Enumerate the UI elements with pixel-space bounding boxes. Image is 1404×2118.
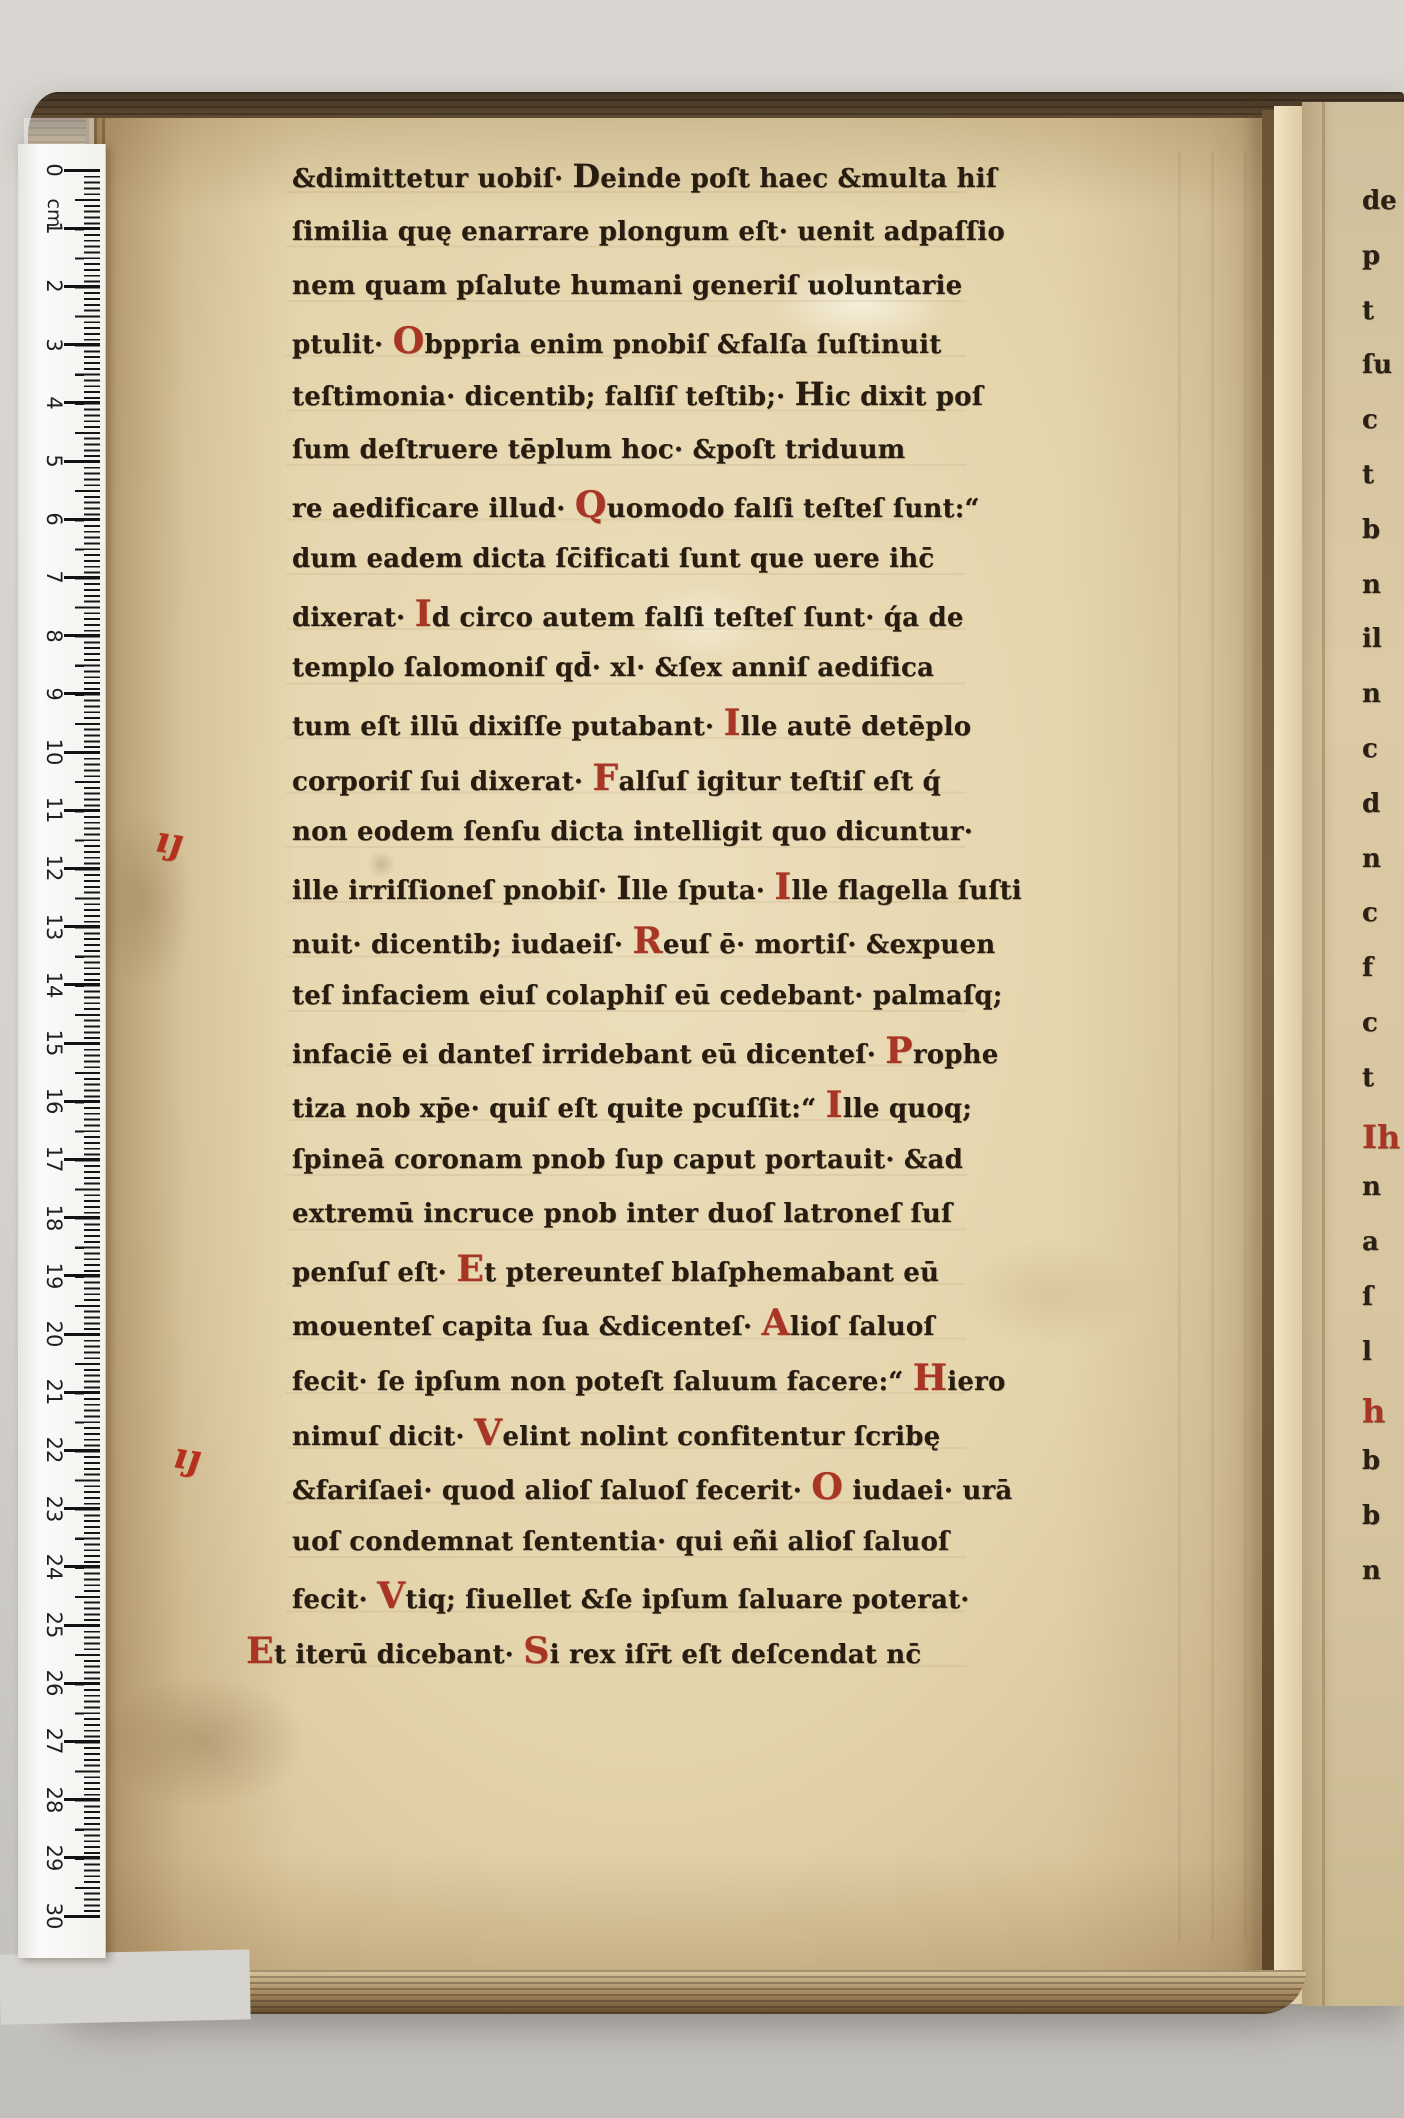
- manuscript-line: templo ſalomoniſ qd̄· xl· &ſex anniſ aed…: [292, 641, 982, 696]
- facing-page-line: n: [1362, 570, 1381, 600]
- manuscript-line: re aedificare illud· Quomodo falſi teſte…: [292, 478, 982, 533]
- ruler-tick-cm: [64, 1042, 100, 1045]
- ruler-number: 8: [43, 614, 65, 658]
- rubric-initial: S: [523, 1629, 549, 1672]
- facing-page-line: de: [1362, 186, 1397, 216]
- ruler-tick-cm: [64, 983, 100, 986]
- ruler-number: 24: [43, 1545, 65, 1589]
- manuscript-line: uoſ condemnat ſententia· qui eñi alioſ ſ…: [292, 1515, 982, 1570]
- manuscript-text: t iterū dicebant·: [274, 1640, 523, 1670]
- facing-page-line: p: [1362, 241, 1380, 271]
- manuscript-text: ptulit·: [292, 330, 393, 360]
- manuscript-text: dixerat·: [292, 603, 415, 633]
- ruler-number: 22: [43, 1428, 65, 1472]
- ruler-number: 9: [43, 672, 65, 716]
- manuscript-line: teſtimonia· dicentib; falſiſ teſtib;· Hi…: [292, 368, 982, 423]
- manuscript-line: nuit· dicentib; iudaeiſ· Reuſ ē· mortiſ·…: [292, 914, 982, 969]
- manuscript-text: infaciē ei danteſ irridebant eū dicenteſ…: [292, 1040, 885, 1070]
- facing-page-line: c: [1362, 898, 1378, 928]
- manuscript-line: tum eſt illū dixiſſe putabant· Ille autē…: [292, 696, 982, 751]
- facing-page-line: l: [1362, 1337, 1372, 1367]
- facing-page-line: c: [1362, 1008, 1378, 1038]
- rubric-initial: V: [474, 1411, 502, 1454]
- page-edge-line: [1262, 110, 1274, 2002]
- ruler-tick-cm: [64, 1915, 100, 1918]
- rubric-initial: P: [885, 1029, 913, 1072]
- manuscript-text: elint nolint confitentur ſcribę: [502, 1422, 940, 1452]
- manuscript-text: teſ infaciem eiuſ colaphiſ eū cedebant· …: [292, 981, 1003, 1011]
- ruler-number: 0: [43, 148, 65, 192]
- manuscript-line: dum eadem dicta ſc̄ificati ſunt que uere…: [292, 532, 982, 587]
- capital-letter: H: [795, 376, 825, 413]
- rubric-initial: V: [377, 1574, 405, 1617]
- facing-page-line: ſu: [1362, 350, 1392, 380]
- ruler-tick-cm: [64, 1100, 100, 1103]
- ruler-number: 18: [43, 1196, 65, 1240]
- manuscript-text: extremū incruce pnob inter duoſ latroneſ…: [292, 1199, 952, 1229]
- manuscript-line: nem quam pſalute humani generiſ uoluntar…: [292, 259, 982, 314]
- ruler-number: 10: [43, 730, 65, 774]
- ruler-holder: [24, 118, 94, 144]
- manuscript-text: fecit·: [292, 1585, 377, 1615]
- ruler-tick-cm: [64, 285, 100, 288]
- ruler-tick-cm: [64, 518, 100, 521]
- ruler-tick-cm: [64, 1740, 100, 1743]
- facing-page-line: c: [1362, 734, 1378, 764]
- manuscript-line: corporiſ ſui dixerat· Falſuſ igitur teſt…: [292, 751, 982, 806]
- manuscript-line: tiza nob xp̄e· quiſ eſt quite pcuſſit:“ …: [292, 1078, 982, 1133]
- ruler-number: 16: [43, 1079, 65, 1123]
- ruler-number: 11: [43, 788, 65, 832]
- ruler-number: 6: [43, 497, 65, 541]
- ruler-number: 7: [43, 555, 65, 599]
- ruler-number: 5: [43, 439, 65, 483]
- rubric-initial: F: [592, 756, 618, 799]
- facing-page-line: Ih: [1362, 1118, 1400, 1156]
- manuscript-text: rophe: [913, 1040, 999, 1070]
- facing-page-line: n: [1362, 1172, 1381, 1202]
- rubric-initial: A: [761, 1301, 789, 1344]
- ruler-number: 17: [43, 1137, 65, 1181]
- manuscript-text: tiq; ſiuellet &ſe ipſum ſaluare poterat·: [405, 1585, 969, 1615]
- ruler-number: 4: [43, 381, 65, 425]
- manuscript-line: non eodem ſenſu dicta intelligit quo dic…: [292, 805, 982, 860]
- manuscript-text: tiza nob xp̄e· quiſ eſt quite pcuſſit:“: [292, 1094, 825, 1124]
- facing-page-line: a: [1362, 1227, 1379, 1257]
- manuscript-text: ic dixit poſ: [825, 382, 983, 412]
- manuscript-text: templo ſalomoniſ qd̄· xl· &ſex anniſ aed…: [292, 653, 934, 683]
- ruler-tick-cm: [64, 1274, 100, 1277]
- manuscript-line: &fariſaei· quod alioſ ſaluoſ fecerit· O …: [292, 1460, 982, 1515]
- ruler-tick-cm: [64, 751, 100, 754]
- manuscript-line: teſ infaciem eiuſ colaphiſ eū cedebant· …: [292, 969, 982, 1024]
- manuscript-text: teſtimonia· dicentib; falſiſ teſtib;·: [292, 382, 795, 412]
- rubric-initial: I: [825, 1083, 842, 1126]
- manuscript-text: ſimilia quę enarrare plongum eſt· uenit …: [292, 217, 1005, 247]
- rubric-initial: Q: [575, 483, 607, 526]
- manuscript-line: fecit· ſe ipſum non poteſt ſaluum facere…: [292, 1351, 982, 1406]
- manuscript-text: nuit· dicentib; iudaeiſ·: [292, 930, 632, 960]
- ruler-number: 28: [43, 1778, 65, 1822]
- manuscript-text: lle ſputa·: [631, 876, 774, 906]
- rubric-initial: O: [811, 1465, 843, 1508]
- manuscript-text: mouenteſ capita ſua &dicenteſ·: [292, 1312, 761, 1342]
- manuscript-text: euſ ē· mortiſ· &expuen: [663, 930, 996, 960]
- ruler-tick-cm: [64, 1565, 100, 1568]
- rubric-initial: E: [246, 1629, 274, 1672]
- capital-letter: I: [616, 870, 631, 907]
- manuscript-line: nimuſ dicit· Velint nolint confitentur ſ…: [292, 1406, 982, 1461]
- facing-page-line: ſ: [1362, 1282, 1373, 1312]
- ruler-tick-cm: [64, 1624, 100, 1627]
- background-paper-wedge: [0, 1949, 251, 2024]
- rubric-initial: I: [723, 701, 740, 744]
- manuscript-line: ſimilia quę enarrare plongum eſt· uenit …: [292, 205, 982, 260]
- ruler-number: 30: [43, 1894, 65, 1938]
- gutter-fold-highlight: [1274, 106, 1302, 2004]
- manuscript-text: tum eſt illū dixiſſe putabant·: [292, 712, 723, 742]
- ruler-number: 19: [43, 1254, 65, 1298]
- manuscript-text: einde poſt haec &multa hiſ: [600, 164, 997, 194]
- facing-page-line: d: [1362, 789, 1380, 819]
- manuscript-text: iero: [947, 1367, 1005, 1397]
- rubric-initial: R: [632, 919, 662, 962]
- ruler-tick-cm: [64, 1682, 100, 1685]
- ruler-tick-cm: [64, 692, 100, 695]
- manuscript-text: i rex iſr̄t eſt deſcendat nc̄: [550, 1640, 922, 1670]
- manuscript-text: lle quoq;: [843, 1094, 972, 1124]
- ruler-tick-cm: [64, 576, 100, 579]
- manuscript-text: re aedificare illud·: [292, 494, 575, 524]
- ruler-tick-cm: [64, 460, 100, 463]
- manuscript-text: ſpineā coronam pnob ſup caput portauit· …: [292, 1145, 963, 1175]
- facing-page-line: b: [1362, 1501, 1380, 1531]
- ruler-tick-cm: [64, 925, 100, 928]
- manuscript-line: dixerat· Id circo autem falſi teſteſ ſun…: [292, 587, 982, 642]
- ruler-tick-cm: [64, 227, 100, 230]
- facing-page-line: f: [1362, 953, 1373, 983]
- cm-ruler: 0123456789101112131415161718192021222324…: [18, 144, 106, 1958]
- manuscript-text: t ptereunteſ blaſphemabant eū: [484, 1258, 939, 1288]
- manuscript-text: non eodem ſenſu dicta intelligit quo dic…: [292, 817, 973, 847]
- facing-page-text-fragments: deptſuctbnilncdncfctIhnaſlhbbn: [1356, 0, 1404, 2118]
- facing-page-line: n: [1362, 679, 1381, 709]
- ruler-tick-cm: [64, 1333, 100, 1336]
- manuscript-text: lle flagella ſuſti: [791, 876, 1021, 906]
- manuscript-text: penſuſ eſt·: [292, 1258, 456, 1288]
- facing-page-line: t: [1362, 460, 1374, 490]
- manuscript-line: &dimittetur uobiſ· Deinde poſt haec &mul…: [292, 150, 982, 205]
- manuscript-text: nem quam pſalute humani generiſ uoluntar…: [292, 271, 962, 301]
- manuscript-photo-page: &dimittetur uobiſ· Deinde poſt haec &mul…: [0, 0, 1404, 2118]
- ruler-number: 21: [43, 1370, 65, 1414]
- ruler-tick-cm: [64, 343, 100, 346]
- ruler-tick-cm: [64, 401, 100, 404]
- ruler-tick-cm: [64, 809, 100, 812]
- manuscript-text-block: &dimittetur uobiſ· Deinde poſt haec &mul…: [292, 150, 982, 1679]
- manuscript-text: fecit· ſe ipſum non poteſt ſaluum facere…: [292, 1367, 913, 1397]
- facing-page-line: il: [1362, 624, 1382, 654]
- ruler-tick-cm: [64, 1856, 100, 1859]
- ruler-number: 29: [43, 1836, 65, 1880]
- ruler-tick-cm: [64, 169, 100, 172]
- manuscript-line: ptulit· Obppria enim pnobiſ &falſa ſuſti…: [292, 314, 982, 369]
- ruler-tick-cm: [64, 634, 100, 637]
- ruler-number: 27: [43, 1719, 65, 1763]
- manuscript-line: ſpineā coronam pnob ſup caput portauit· …: [292, 1133, 982, 1188]
- rubric-initial: H: [913, 1356, 948, 1399]
- ruler-tick-cm: [64, 1798, 100, 1801]
- manuscript-line: Et iterū dicebant· Si rex iſr̄t eſt deſc…: [246, 1624, 982, 1679]
- manuscript-text: d circo autem falſi teſteſ ſunt· q́a de: [432, 603, 964, 633]
- manuscript-line: fecit· Vtiq; ſiuellet &ſe ipſum ſaluare …: [292, 1569, 982, 1624]
- facing-page-line: b: [1362, 515, 1380, 545]
- facing-page-line: t: [1362, 296, 1374, 326]
- manuscript-line: extremū incruce pnob inter duoſ latroneſ…: [292, 1187, 982, 1242]
- manuscript-text: ille irriſſioneſ pnobiſ·: [292, 876, 616, 906]
- ruler-tick-cm: [64, 1391, 100, 1394]
- rubric-initial: E: [456, 1247, 484, 1290]
- ruler-unit-label: cm: [43, 191, 65, 235]
- manuscript-text: ſum deſtruere tēplum hoc· &poſt triduum: [292, 435, 905, 465]
- ruler-tick-cm: [64, 1449, 100, 1452]
- ruler-number: 15: [43, 1021, 65, 1065]
- rubric-initial: I: [774, 865, 791, 908]
- ruler-number: 3: [43, 323, 65, 367]
- manuscript-text: &fariſaei· quod alioſ ſaluoſ fecerit·: [292, 1476, 811, 1506]
- ruler-number: 26: [43, 1661, 65, 1705]
- facing-page-line: b: [1362, 1446, 1380, 1476]
- facing-page-line: t: [1362, 1063, 1374, 1093]
- manuscript-text: uomodo falſi teſteſ ſunt:“: [607, 494, 980, 524]
- facing-page-line: n: [1362, 844, 1381, 874]
- ruler-tick-cm: [64, 1216, 100, 1219]
- ruler-number: 20: [43, 1312, 65, 1356]
- facing-page-line: c: [1362, 405, 1378, 435]
- manuscript-text: bppria enim pnobiſ &falſa ſuſtinuit: [424, 330, 941, 360]
- ruler-number: 14: [43, 963, 65, 1007]
- ruler-number: 25: [43, 1603, 65, 1647]
- margin-rubric-mark: ıȷ: [171, 1434, 203, 1479]
- manuscript-line: mouenteſ capita ſua &dicenteſ· Alioſ ſal…: [292, 1296, 982, 1351]
- facing-page-crease: [1322, 102, 1325, 2006]
- ruler-number: 23: [43, 1487, 65, 1531]
- manuscript-line: infaciē ei danteſ irridebant eū dicenteſ…: [292, 1024, 982, 1079]
- ruler-number: 2: [43, 264, 65, 308]
- manuscript-line: ſum deſtruere tēplum hoc· &poſt triduum: [292, 423, 982, 478]
- manuscript-text: iudaei· urā: [843, 1476, 1012, 1506]
- ruler-number: 12: [43, 846, 65, 890]
- manuscript-text: lle autē detēplo: [741, 712, 972, 742]
- ruler-tick-cm: [64, 867, 100, 870]
- rubric-initial: O: [393, 319, 425, 362]
- ruler-tick-cm: [64, 1158, 100, 1161]
- facing-page-line: h: [1362, 1392, 1385, 1430]
- manuscript-text: nimuſ dicit·: [292, 1422, 474, 1452]
- manuscript-line: ille irriſſioneſ pnobiſ· Ille ſputa· Ill…: [292, 860, 982, 915]
- manuscript-text: corporiſ ſui dixerat·: [292, 767, 592, 797]
- margin-rubric-mark: ıȷ: [153, 818, 185, 863]
- rubric-initial: I: [415, 592, 432, 635]
- manuscript-text: &dimittetur uobiſ·: [292, 164, 573, 194]
- manuscript-text: dum eadem dicta ſc̄ificati ſunt que uere…: [292, 544, 934, 574]
- manuscript-line: penſuſ eſt· Et ptereunteſ blaſphemabant …: [292, 1242, 982, 1297]
- ruler-number: 13: [43, 905, 65, 949]
- manuscript-text: uoſ condemnat ſententia· qui eñi alioſ ſ…: [292, 1527, 949, 1557]
- manuscript-text: lioſ ſaluoſ: [790, 1312, 935, 1342]
- manuscript-text: alſuſ igitur teſtiſ eſt q́: [618, 767, 940, 797]
- facing-page-line: n: [1362, 1556, 1381, 1586]
- ruler-tick-cm: [64, 1507, 100, 1510]
- capital-letter: D: [573, 158, 601, 195]
